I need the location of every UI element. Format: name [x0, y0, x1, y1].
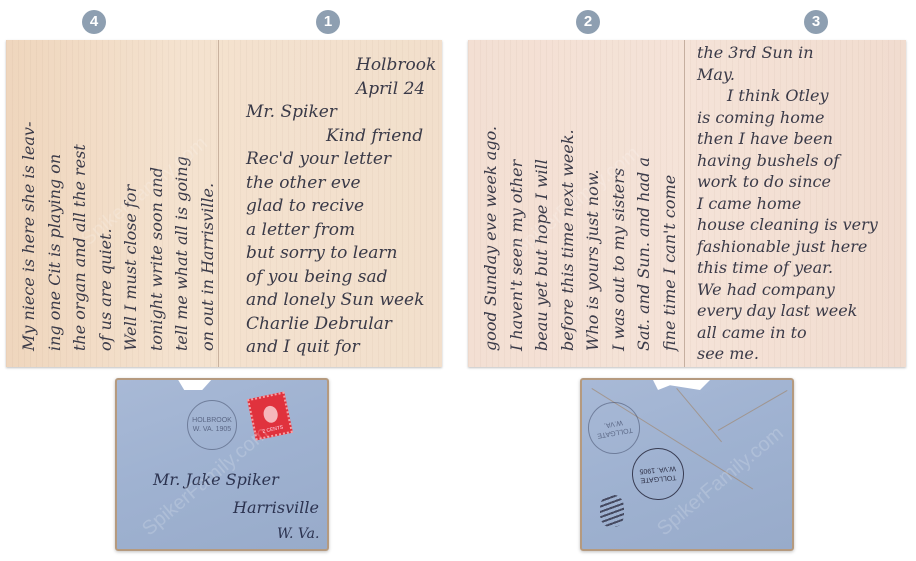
postmark-text: HOLBROOK W. VA. 1905 — [188, 416, 236, 434]
text-line: ing one Cit is playing on — [42, 48, 68, 351]
text-line: I came home — [697, 193, 878, 215]
postmark-holbrook: HOLBROOK W. VA. 1905 — [187, 400, 237, 450]
postmark-text: TOLLGATE W.VA. — [588, 415, 640, 441]
text-line: Charlie Debrular — [246, 313, 442, 337]
text-line: I think Otley — [697, 85, 878, 107]
text-line: good Sunday eve week ago. — [478, 48, 504, 351]
page-number-badge-3: 3 — [804, 10, 828, 34]
address-state: W. Va. — [277, 526, 319, 542]
letter-sheet-pages-2-3: good Sunday eve week ago.I haven't seen … — [468, 40, 906, 367]
letter-page-4: My niece is here she is leav- ing one Ci… — [6, 40, 224, 367]
text-line: Holbrook W Va — [246, 54, 442, 78]
postage-stamp: 2 CENTS — [247, 392, 293, 441]
text-line: We had company — [697, 279, 878, 301]
text-line: My niece is here she is leav- — [16, 48, 42, 351]
address-city: Harrisville — [233, 498, 319, 517]
letter-page-1: Holbrook W VaApril 24Mr. SpikerKind frie… — [224, 40, 442, 367]
text-line: Kind friend — [246, 125, 442, 149]
text-line: and lonely Sun week — [246, 289, 442, 313]
text-line: Rec'd your letter — [246, 148, 442, 172]
postmark-text: TOLLGATE W.VA. 1905 — [632, 463, 683, 485]
text-line: of you being sad — [246, 266, 442, 290]
text-line: the 3rd Sun in — [697, 42, 878, 64]
text-line: then I have been — [697, 128, 878, 150]
envelope-front: HOLBROOK W. VA. 1905 2 CENTS Mr. Jake Sp… — [115, 378, 329, 551]
text-line: all came in to — [697, 322, 878, 344]
washington-portrait-icon — [262, 405, 279, 425]
text-line: glad to recive — [246, 195, 442, 219]
text-line: Well I must close for — [118, 48, 144, 351]
cancellation-bars — [600, 495, 624, 527]
text-line: this time of year. — [697, 257, 878, 279]
text-line: May. — [697, 64, 878, 86]
text-line: tonight write soon and — [144, 48, 170, 351]
text-line: Sat. and Sun. and had a — [631, 48, 657, 351]
text-line: fashionable just here — [697, 236, 878, 258]
text-line: I was out to my sisters — [606, 48, 632, 351]
stamp-value: 2 CENTS — [256, 423, 291, 436]
text-line: fine time I can't come — [657, 48, 683, 351]
page-number-badge-1: 1 — [316, 10, 340, 34]
text-line: the organ and all the rest — [67, 48, 93, 351]
text-line: the other eve — [246, 172, 442, 196]
page-4-text: My niece is here she is leav- ing one Ci… — [10, 40, 224, 363]
text-line: a letter from — [246, 219, 442, 243]
text-line: Who is yours just now. — [580, 48, 606, 351]
text-line: house cleaning is very — [697, 214, 878, 236]
text-line: work to do since — [697, 171, 878, 193]
page-number-badge-2: 2 — [576, 10, 600, 34]
text-line: beau yet but hope I will — [529, 48, 555, 351]
envelope-back: TOLLGATE W.VA. TOLLGATE W.VA. 1905 Spike… — [580, 378, 794, 551]
address-name: Mr. Jake Spiker — [153, 470, 279, 489]
text-line: tell me what all is going — [169, 48, 195, 351]
page-3-text: the 3rd Sun inMay.I think Otleyis coming… — [697, 42, 878, 365]
text-line: I haven't seen my other — [504, 48, 530, 351]
text-line: is coming home — [697, 107, 878, 129]
letter-page-2: good Sunday eve week ago.I haven't seen … — [468, 40, 687, 367]
text-line: and I quit for — [246, 336, 442, 360]
text-line: see me. — [697, 343, 878, 365]
text-line: Mr. Spiker — [246, 101, 442, 125]
torn-edge — [177, 378, 213, 390]
text-line: every day last week — [697, 300, 878, 322]
text-line: April 24 — [246, 78, 442, 102]
text-line: of us are quiet. — [93, 48, 119, 351]
text-line: on out in Harrisville. — [195, 48, 221, 351]
text-line: but sorry to learn — [246, 242, 442, 266]
page-1-text: Holbrook W VaApril 24Mr. SpikerKind frie… — [246, 54, 442, 360]
letter-page-3: the 3rd Sun inMay.I think Otleyis coming… — [687, 40, 906, 367]
text-line: having bushels of — [697, 150, 878, 172]
page-2-text: good Sunday eve week ago.I haven't seen … — [472, 40, 687, 363]
letter-sheet-pages-4-1: My niece is here she is leav- ing one Ci… — [6, 40, 442, 367]
page-number-badge-4: 4 — [82, 10, 106, 34]
text-line: before this time next week. — [555, 48, 581, 351]
